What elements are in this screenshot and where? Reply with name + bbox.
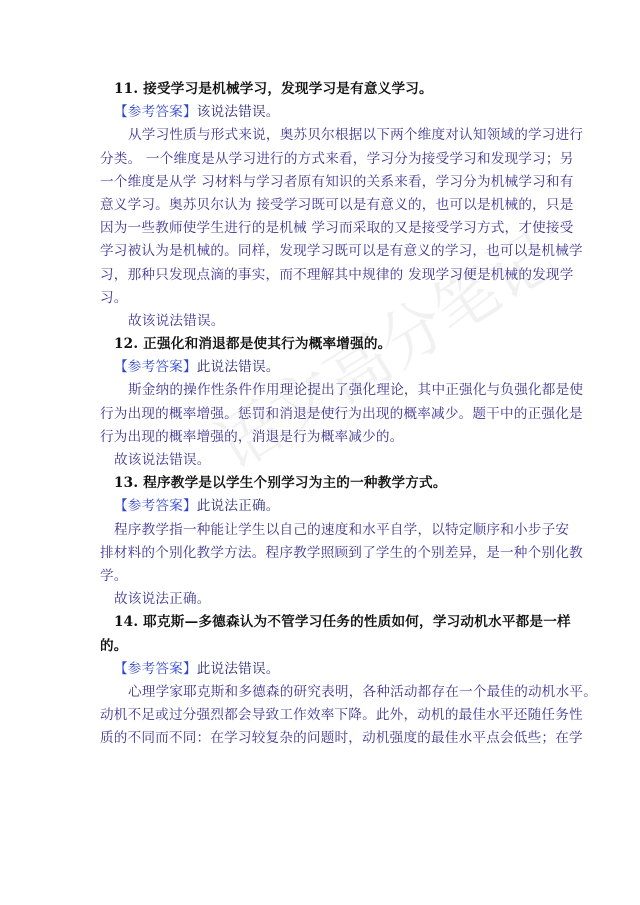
explanation-line: 斯金纳的操作性条件作用理论提出了强化理论，其中正强化与负强化都是使 — [100, 379, 546, 402]
explanation-line: 行为出现的概率增强。惩罚和消退是使行为出现的概率减少。题干中的正强化是 — [100, 403, 546, 426]
explanation-line: 行为出现的概率增强的，消退是行为概率减少的。 — [100, 426, 546, 449]
explanation-line: 一个维度是从学 习材料与学习者原有知识的关系来看，学习分为机械学习和有 — [100, 171, 546, 194]
conclusion-12: 故该说法错误。 — [100, 449, 546, 472]
explanation-line: 分类。 一个维度是从学习进行的方式来看，学习分为接受学习和发现学习；另 — [100, 148, 546, 171]
explanation-line: 质的不同而不同：在学习较复杂的问题时，动机强度的最佳水平点会低些；在学 — [100, 727, 546, 750]
explanation-line: 习，那种只发现点滴的事实，而不理解其中规律的 发现学习便是机械的发现学 — [100, 264, 546, 287]
explanation-line: 因为一些教师使学生进行的是机械 学习而采取的又是接受学习方式，才使接受 — [100, 217, 546, 240]
answer-label: 【参考答案】 — [114, 661, 197, 677]
explanation-line: 排材料的个别化教学方法。程序教学照顾到了学生的个别差异，是一种个别化教 — [100, 542, 546, 565]
document-page: 11. 接受学习是机械学习，发现学习是有意义学习。 【参考答案】该说法错误。 从… — [100, 78, 546, 750]
explanation-line: 心理学家耶克斯和多德森的研究表明，各种活动都存在一个最佳的动机水平。 — [100, 681, 546, 704]
question-14-cont: 的。 — [100, 635, 546, 658]
explanation-line: 程序教学指一种能让学生以自己的速度和水平自学，以特定顺序和小步子安 — [100, 519, 546, 542]
conclusion-13: 故该说法正确。 — [100, 588, 546, 611]
answer-13: 【参考答案】此说法正确。 — [100, 495, 546, 518]
answer-verdict: 此说法正确。 — [197, 498, 280, 514]
conclusion-11: 故该说法错误。 — [100, 310, 546, 333]
explanation-line: 意义学习。奥苏贝尔认为 接受学习既可以是有意义的，也可以是机械的，只是 — [100, 194, 546, 217]
answer-verdict: 该说法错误。 — [197, 104, 280, 120]
explanation-line: 学习被认为是机械的。同样，发现学习既可以是有意义的学习，也可以是机械学 — [100, 240, 546, 263]
answer-11: 【参考答案】该说法错误。 — [100, 101, 546, 124]
answer-label: 【参考答案】 — [114, 359, 197, 375]
answer-12: 【参考答案】此说法错误。 — [100, 356, 546, 379]
answer-label: 【参考答案】 — [114, 104, 197, 120]
question-12: 12. 正强化和消退都是使其行为概率增强的。 — [100, 333, 546, 356]
question-14: 14. 耶克斯—多德森认为不管学习任务的性质如何，学习动机水平都是一样 — [100, 611, 546, 634]
answer-verdict: 此说法错误。 — [197, 661, 280, 677]
answer-label: 【参考答案】 — [114, 498, 197, 514]
answer-14: 【参考答案】此说法错误。 — [100, 658, 546, 681]
explanation-line: 动机不足或过分强烈都会导致工作效率下降。此外，动机的最佳水平还随任务性 — [100, 704, 546, 727]
explanation-line: 习。 — [100, 287, 546, 310]
explanation-line: 学。 — [100, 565, 546, 588]
answer-verdict: 此说法错误。 — [197, 359, 280, 375]
question-13: 13. 程序教学是以学生个别学习为主的一种教学方式。 — [100, 472, 546, 495]
question-11: 11. 接受学习是机械学习，发现学习是有意义学习。 — [100, 78, 546, 101]
explanation-line: 从学习性质与形式来说，奥苏贝尔根据以下两个维度对认知领域的学习进行 — [100, 124, 546, 147]
